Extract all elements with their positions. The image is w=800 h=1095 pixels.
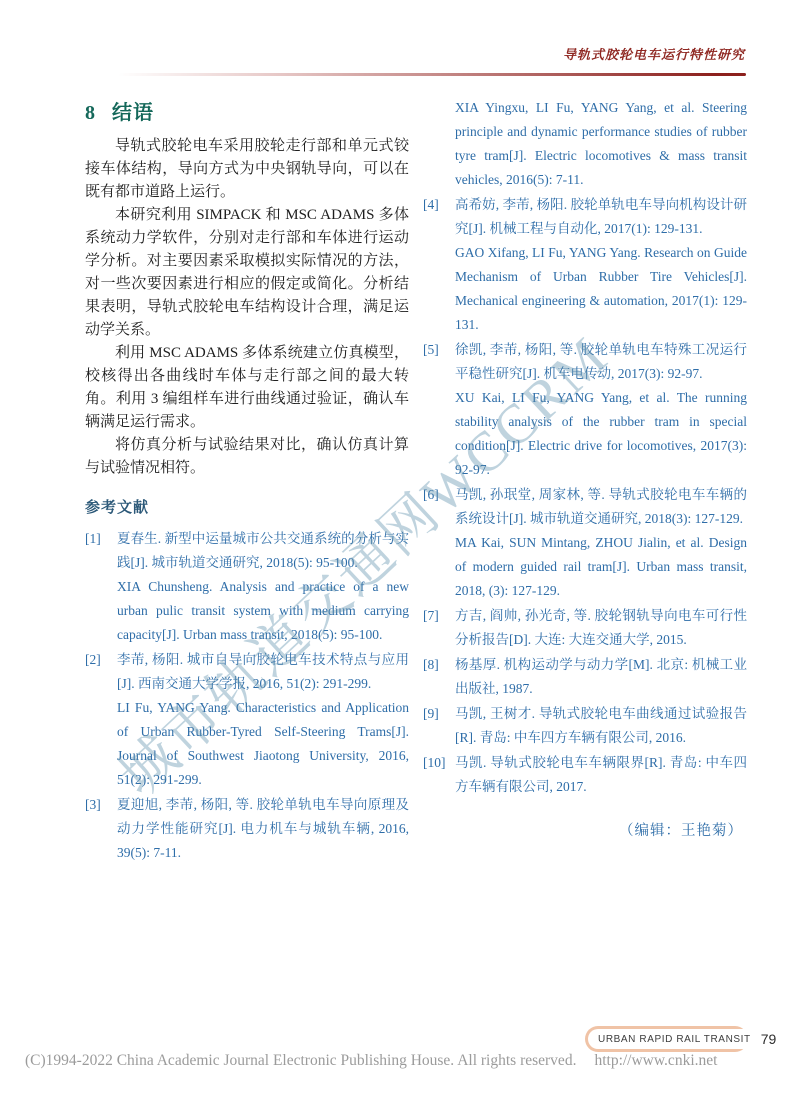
reference-number: [7] [423,604,455,652]
reference-text: 马凯, 孙珉堂, 周家林, 等. 导轨式胶轮电车车辆的系统设计[J]. 城市轨道… [455,483,747,603]
header-rule-divider [118,73,746,76]
reference-number: [1] [85,527,117,647]
left-column: 8结语 导轨式胶轮电车采用胶轮走行部和单元式铰接车体结构，导向方式为中央钢轨导向… [85,96,409,866]
journal-page-badge: URBAN RAPID RAIL TRANSIT 79 [585,1026,748,1052]
reference-item-continuation: XIA Yingxu, LI Fu, YANG Yang, et al. Ste… [423,96,747,192]
reference-number: [8] [423,653,455,701]
reference-item: [6] 马凯, 孙珉堂, 周家林, 等. 导轨式胶轮电车车辆的系统设计[J]. … [423,483,747,603]
cnki-url-link[interactable]: http://www.cnki.net [594,1052,717,1069]
reference-item: [2] 李芾, 杨阳. 城市自导向胶轮电车技术特点与应用[J]. 西南交通大学学… [85,648,409,792]
right-column: XIA Yingxu, LI Fu, YANG Yang, et al. Ste… [423,96,747,866]
reference-number: [2] [85,648,117,792]
conclusion-paragraph: 本研究利用 SIMPACK 和 MSC ADAMS 多体系统动力学软件，分别对走… [85,204,409,342]
reference-text: 夏迎旭, 李芾, 杨阳, 等. 胶轮单轨电车导向原理及动力学性能研究[J]. 电… [117,793,409,865]
reference-text-en: XU Kai, LI Fu, YANG Yang, et al. The run… [455,386,747,482]
reference-text-en: XIA Chunsheng. Analysis and practice of … [117,575,409,647]
reference-text-zh: 马凯. 导轨式胶轮电车车辆限界[R]. 青岛: 中车四方车辆有限公司, 2017… [455,751,747,799]
reference-text: 马凯. 导轨式胶轮电车车辆限界[R]. 青岛: 中车四方车辆有限公司, 2017… [455,751,747,799]
reference-item: [8] 杨基厚. 机构运动学与动力学[M]. 北京: 机械工业出版社, 1987… [423,653,747,701]
reference-item: [3] 夏迎旭, 李芾, 杨阳, 等. 胶轮单轨电车导向原理及动力学性能研究[J… [85,793,409,865]
copyright-text: (C)1994-2022 China Academic Journal Elec… [25,1052,576,1069]
reference-text-zh: 马凯, 王树才. 导轨式胶轮电车曲线通过试验报告[R]. 青岛: 中车四方车辆有… [455,702,747,750]
conclusion-heading: 8结语 [85,96,409,125]
references-heading: 参考文献 [85,496,409,517]
reference-text-zh: 高希妨, 李芾, 杨阳. 胶轮单轨电车导向机构设计研究[J]. 机械工程与自动化… [455,193,747,241]
reference-text-zh: 徐凯, 李芾, 杨阳, 等. 胶轮单轨电车特殊工况运行平稳性研究[J]. 机车电… [455,338,747,386]
reference-number: [3] [85,793,117,865]
reference-text: 杨基厚. 机构运动学与动力学[M]. 北京: 机械工业出版社, 1987. [455,653,747,701]
reference-item: [1] 夏春生. 新型中运量城市公共交通系统的分析与实践[J]. 城市轨道交通研… [85,527,409,647]
reference-text-en: GAO Xifang, LI Fu, YANG Yang. Research o… [455,241,747,337]
journal-name-label: URBAN RAPID RAIL TRANSIT [588,1029,761,1049]
reference-text: XIA Yingxu, LI Fu, YANG Yang, et al. Ste… [423,96,747,192]
reference-number: [9] [423,702,455,750]
reference-text-en: LI Fu, YANG Yang. Characteristics and Ap… [117,696,409,792]
cnki-copyright-line: (C)1994-2022 China Academic Journal Elec… [25,1052,785,1070]
reference-text-zh: 夏春生. 新型中运量城市公共交通系统的分析与实践[J]. 城市轨道交通研究, 2… [117,527,409,575]
reference-number: [10] [423,751,455,799]
conclusion-paragraph: 将仿真分析与试验结果对比，确认仿真计算与试验情况相符。 [85,434,409,480]
reference-text-en: MA Kai, SUN Mintang, ZHOU Jialin, et al.… [455,531,747,603]
reference-text: 方吉, 阎帅, 孙光奇, 等. 胶轮钢轨导向电车可行性分析报告[D]. 大连: … [455,604,747,652]
reference-text: 高希妨, 李芾, 杨阳. 胶轮单轨电车导向机构设计研究[J]. 机械工程与自动化… [455,193,747,337]
two-column-layout: 8结语 导轨式胶轮电车采用胶轮走行部和单元式铰接车体结构，导向方式为中央钢轨导向… [85,96,747,866]
reference-item: [4] 高希妨, 李芾, 杨阳. 胶轮单轨电车导向机构设计研究[J]. 机械工程… [423,193,747,337]
conclusion-paragraph: 导轨式胶轮电车采用胶轮走行部和单元式铰接车体结构，导向方式为中央钢轨导向，可以在… [85,135,409,204]
running-title: 导轨式胶轮电车运行特性研究 [563,44,745,63]
page-number: 79 [761,1031,777,1047]
reference-item: [10] 马凯. 导轨式胶轮电车车辆限界[R]. 青岛: 中车四方车辆有限公司,… [423,751,747,799]
reference-text: 夏春生. 新型中运量城市公共交通系统的分析与实践[J]. 城市轨道交通研究, 2… [117,527,409,647]
reference-text-zh: 夏迎旭, 李芾, 杨阳, 等. 胶轮单轨电车导向原理及动力学性能研究[J]. 电… [117,793,409,865]
reference-text-zh: 马凯, 孙珉堂, 周家林, 等. 导轨式胶轮电车车辆的系统设计[J]. 城市轨道… [455,483,747,531]
reference-text-zh: 方吉, 阎帅, 孙光奇, 等. 胶轮钢轨导向电车可行性分析报告[D]. 大连: … [455,604,747,652]
reference-number: [4] [423,193,455,337]
reference-item: [7] 方吉, 阎帅, 孙光奇, 等. 胶轮钢轨导向电车可行性分析报告[D]. … [423,604,747,652]
reference-text: 李芾, 杨阳. 城市自导向胶轮电车技术特点与应用[J]. 西南交通大学学报, 2… [117,648,409,792]
conclusion-heading-title: 结语 [112,102,154,124]
reference-text-zh: 杨基厚. 机构运动学与动力学[M]. 北京: 机械工业出版社, 1987. [455,653,747,701]
reference-text-zh: 李芾, 杨阳. 城市自导向胶轮电车技术特点与应用[J]. 西南交通大学学报, 2… [117,648,409,696]
conclusion-heading-number: 8 [85,102,96,124]
editor-note: （编辑：王艳菊） [423,819,747,840]
reference-text: 徐凯, 李芾, 杨阳, 等. 胶轮单轨电车特殊工况运行平稳性研究[J]. 机车电… [455,338,747,482]
reference-number: [5] [423,338,455,482]
reference-text: 马凯, 王树才. 导轨式胶轮电车曲线通过试验报告[R]. 青岛: 中车四方车辆有… [455,702,747,750]
conclusion-paragraph: 利用 MSC ADAMS 多体系统建立仿真模型，校核得出各曲线时车体与走行部之间… [85,342,409,434]
reference-number: [6] [423,483,455,603]
reference-item: [5] 徐凯, 李芾, 杨阳, 等. 胶轮单轨电车特殊工况运行平稳性研究[J].… [423,338,747,482]
reference-text-en: XIA Yingxu, LI Fu, YANG Yang, et al. Ste… [455,96,747,192]
reference-item: [9] 马凯, 王树才. 导轨式胶轮电车曲线通过试验报告[R]. 青岛: 中车四… [423,702,747,750]
